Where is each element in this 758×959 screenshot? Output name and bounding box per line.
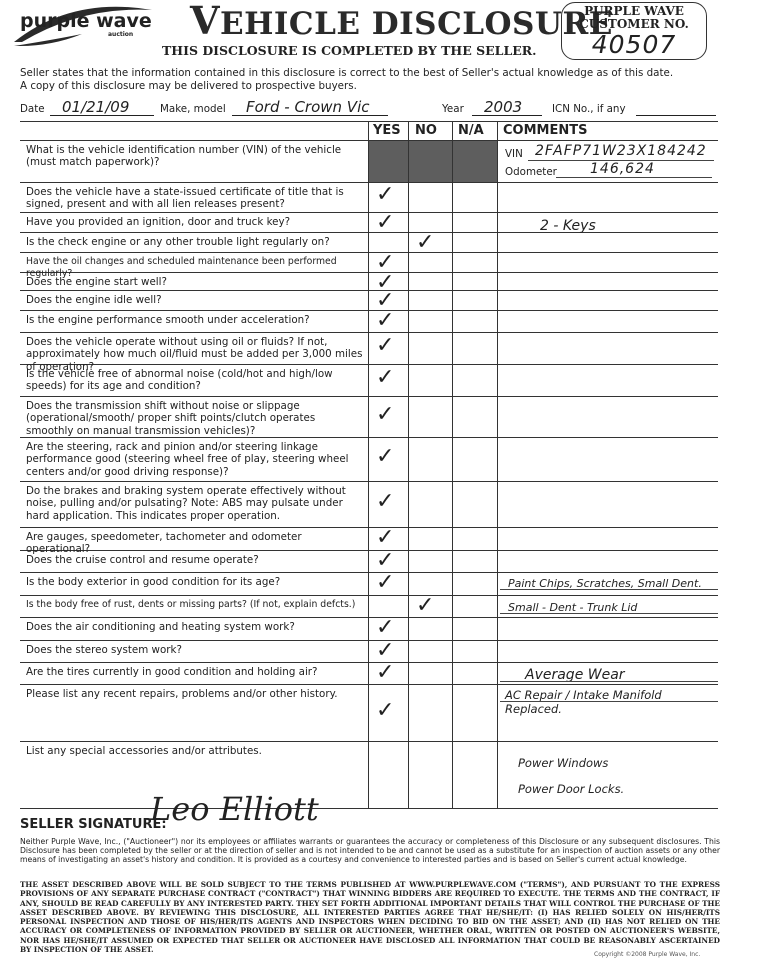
answer-cell-no[interactable]: [408, 662, 452, 684]
answer-cell-na[interactable]: [452, 232, 497, 252]
checkmark-icon: ✓: [376, 310, 394, 332]
answer-cell-na[interactable]: [452, 595, 497, 617]
answer-cell-no[interactable]: [408, 617, 452, 640]
checkmark-icon: ✓: [376, 700, 394, 722]
answer-cell-na[interactable]: [452, 640, 497, 662]
terms-text: THE ASSET DESCRIBED ABOVE WILL BE SOLD S…: [20, 880, 720, 954]
answer-cell-no[interactable]: [408, 437, 452, 481]
make-model-field[interactable]: Ford - Crown Vic: [246, 98, 369, 116]
answer-cell-na[interactable]: [452, 332, 497, 364]
date-field[interactable]: 01/21/09: [62, 98, 129, 116]
checkmark-icon: ✓: [416, 595, 434, 617]
make-model-label: Make, model: [160, 103, 226, 115]
checkmark-icon: ✓: [376, 184, 394, 206]
answer-cell-na[interactable]: [452, 437, 497, 481]
question-text: Is the vehicle free of abnormal noise (c…: [26, 368, 364, 393]
answer-cell-no[interactable]: [408, 272, 452, 290]
checkmark-icon: ✓: [376, 527, 394, 549]
checkmark-icon: ✓: [376, 617, 394, 639]
answer-cell-na[interactable]: [452, 617, 497, 640]
answer-cell-yes[interactable]: [368, 741, 408, 808]
answer-cell-no[interactable]: [408, 741, 452, 808]
answer-cell-na[interactable]: [452, 396, 497, 437]
question-text: Do the brakes and braking system operate…: [26, 485, 364, 522]
answer-cell-na[interactable]: [452, 741, 497, 808]
answer-cell-yes[interactable]: [368, 232, 408, 252]
answer-cell-no[interactable]: [408, 182, 452, 212]
question-text: Does the vehicle have a state-issued cer…: [26, 186, 364, 211]
checkmark-icon: ✓: [376, 572, 394, 594]
answer-cell-yes[interactable]: [368, 595, 408, 617]
date-label: Date: [20, 103, 45, 115]
answer-cell-na[interactable]: [452, 527, 497, 550]
checkmark-icon: ✓: [376, 212, 394, 234]
comment-rule: [500, 701, 718, 702]
column-header-na: N/A: [458, 123, 484, 138]
checkmark-icon: ✓: [376, 640, 394, 662]
answer-cell-no[interactable]: [408, 252, 452, 272]
answer-cell-na[interactable]: [452, 662, 497, 684]
checkmark-icon: ✓: [376, 367, 394, 389]
logo-subtext: auction: [108, 31, 133, 38]
answer-cell-no[interactable]: [408, 332, 452, 364]
checkmark-icon: ✓: [376, 446, 394, 468]
answer-cell-no[interactable]: [408, 684, 452, 741]
checkmark-icon: ✓: [376, 662, 394, 684]
question-text: Is the engine performance smooth under a…: [26, 314, 364, 326]
answer-cell-na[interactable]: [452, 684, 497, 741]
column-header-no: NO: [415, 123, 437, 138]
answer-cell-na[interactable]: [452, 550, 497, 572]
answer-cell-no[interactable]: [408, 290, 452, 310]
checkmark-icon: ✓: [376, 335, 394, 357]
question-text: Does the stereo system work?: [26, 644, 364, 656]
answer-cell-no[interactable]: [408, 364, 452, 396]
answer-cell-no[interactable]: [408, 550, 452, 572]
question-text: Does the cruise control and resume opera…: [26, 554, 364, 566]
answer-cell-na[interactable]: [452, 290, 497, 310]
question-text: Have you provided an ignition, door and …: [26, 216, 364, 228]
answer-cell-no[interactable]: [408, 527, 452, 550]
question-text: Are the steering, rack and pinion and/or…: [26, 441, 364, 478]
answer-cell-na[interactable]: [452, 310, 497, 332]
question-text: Is the check engine or any other trouble…: [26, 236, 364, 248]
customer-number-box: PURPLE WAVECUSTOMER NO. 40507: [561, 2, 707, 60]
answer-cell-na[interactable]: [452, 212, 497, 232]
column-header-yes: YES: [373, 123, 401, 138]
checkmark-icon: ✓: [376, 491, 394, 513]
year-label: Year: [442, 103, 464, 115]
customer-number-label: PURPLE WAVECUSTOMER NO.: [562, 5, 706, 31]
question-text: List any special accessories and/or attr…: [26, 745, 364, 757]
question-text: Does the engine idle well?: [26, 294, 364, 306]
intro-text: Seller states that the information conta…: [20, 67, 673, 92]
question-text: What is the vehicle identification numbe…: [26, 144, 364, 169]
answer-cell-no[interactable]: [408, 212, 452, 232]
checkmark-icon: ✓: [416, 232, 434, 254]
checkmark-icon: ✓: [376, 404, 394, 426]
customer-number-value[interactable]: 40507: [562, 30, 706, 59]
icn-label: ICN No., if any: [552, 103, 626, 115]
page-title: VEHICLE DISCLOSURE: [190, 0, 613, 43]
answer-cell-no[interactable]: [408, 396, 452, 437]
table-rule: [20, 121, 718, 122]
comment-rule: [500, 613, 718, 614]
question-text: Does the engine start well?: [26, 276, 364, 288]
table-rule: [20, 808, 718, 809]
question-text: Are the tires currently in good conditio…: [26, 666, 364, 678]
copyright: Copyright ©2008 Purple Wave, Inc.: [594, 951, 700, 958]
answer-cell-no[interactable]: [408, 640, 452, 662]
comment-field[interactable]: AC Repair / Intake Manifold Replaced.: [505, 688, 715, 716]
seller-signature-label: SELLER SIGNATURE:: [20, 817, 167, 832]
comment-rule: [500, 681, 718, 682]
answer-cell-no[interactable]: [408, 481, 452, 527]
question-text: Please list any recent repairs, problems…: [26, 688, 364, 700]
answer-cell-na[interactable]: [452, 272, 497, 290]
comment-field[interactable]: Power Windows Power Door Locks.: [518, 750, 728, 802]
answer-cell-na[interactable]: [452, 572, 497, 595]
disclaimer-text: Neither Purple Wave, Inc., ("Auctioneer"…: [20, 837, 720, 864]
comment-field[interactable]: 2 - Keys: [540, 218, 750, 234]
checkmark-icon: ✓: [376, 550, 394, 572]
question-text: Does the air conditioning and heating sy…: [26, 621, 364, 633]
answer-cell-na[interactable]: [452, 481, 497, 527]
answer-cell-no[interactable]: [408, 572, 452, 595]
answer-cell-na[interactable]: [452, 182, 497, 212]
logo: purple wave: [20, 10, 152, 32]
seller-signature[interactable]: Leo Elliott: [150, 790, 319, 828]
question-text: Does the transmission shift without nois…: [26, 400, 364, 437]
answer-cell-no[interactable]: [408, 310, 452, 332]
question-text: Is the body exterior in good condition f…: [26, 576, 364, 588]
page-subtitle: THIS DISCLOSURE IS COMPLETED BY THE SELL…: [162, 43, 537, 58]
answer-cell-na[interactable]: [452, 252, 497, 272]
year-field[interactable]: 2003: [484, 98, 522, 116]
question-text: Is the body free of rust, dents or missi…: [26, 599, 364, 611]
comment-rule: [500, 589, 718, 590]
column-header-comments: COMMENTS: [503, 123, 587, 138]
answer-cell-na[interactable]: [452, 364, 497, 396]
